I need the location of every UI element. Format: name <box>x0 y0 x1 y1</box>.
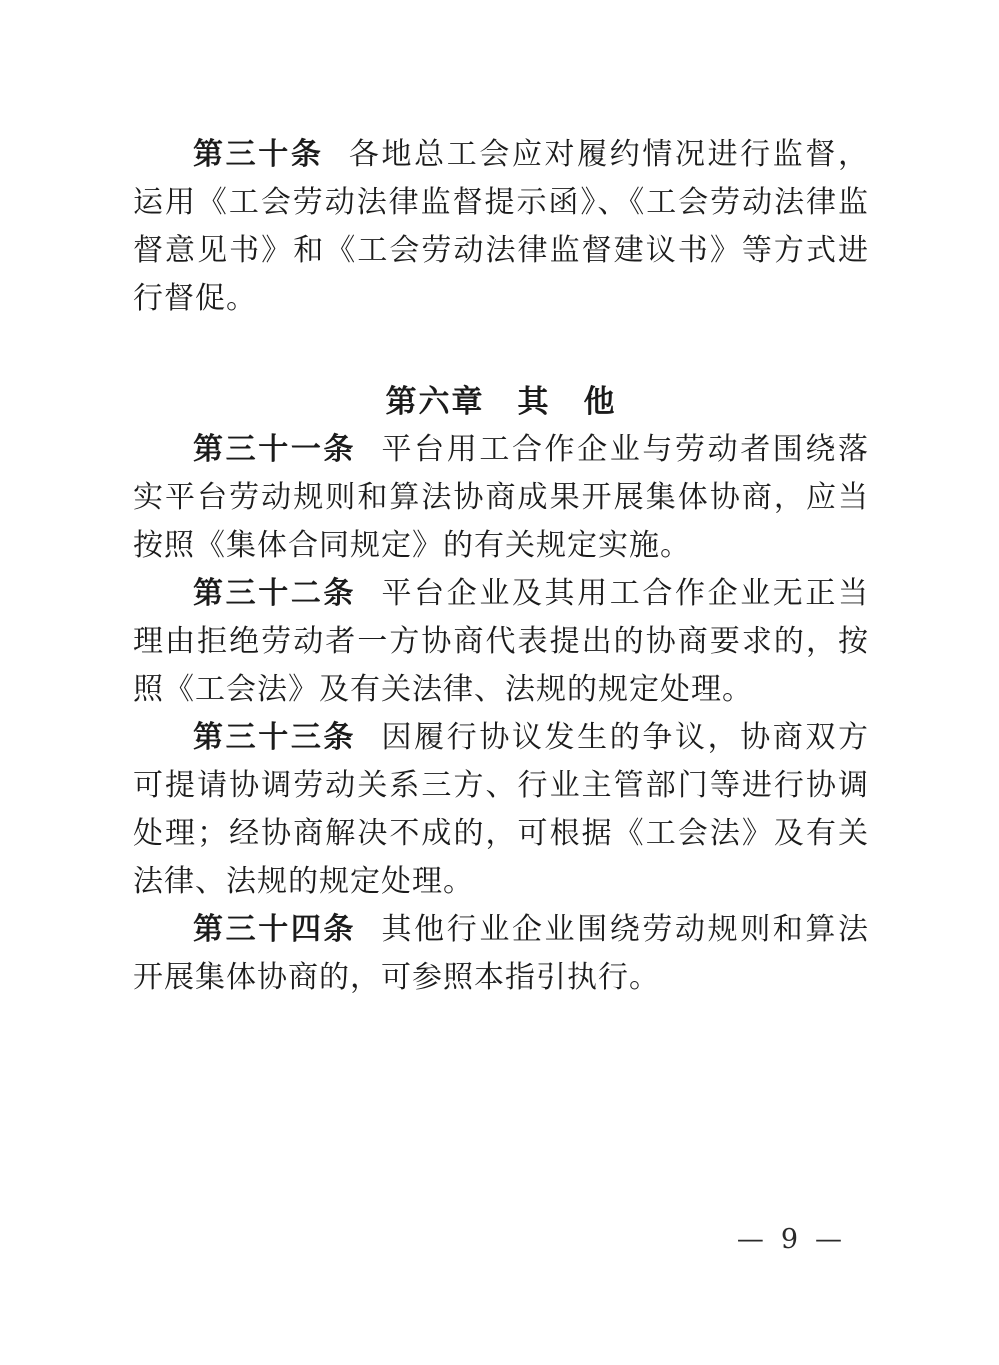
chapter-6-heading: 第六章 其 他 <box>133 378 869 426</box>
article-34-label: 第三十四条 <box>193 912 356 947</box>
article-32-paragraph: 第三十二条平台企业及其用工合作企业无正当理由拒绝劳动者一方协商代表提出的协商要求… <box>133 570 869 714</box>
page-number-dash-left: — <box>737 1222 764 1258</box>
page-number-dash-right: — <box>815 1222 842 1258</box>
document-page: 第三十条各地总工会应对履约情况进行监督，运用《工会劳动法律监督提示函》、《工会劳… <box>0 0 999 1365</box>
page-number-value: 9 <box>781 1222 798 1258</box>
article-32-label: 第三十二条 <box>193 576 356 611</box>
article-31-paragraph: 第三十一条平台用工合作企业与劳动者围绕落实平台劳动规则和算法协商成果开展集体协商… <box>133 426 869 570</box>
article-33-paragraph: 第三十三条因履行协议发生的争议，协商双方可提请协调劳动关系三方、行业主管部门等进… <box>133 714 869 906</box>
article-34-paragraph: 第三十四条其他行业企业围绕劳动规则和算法开展集体协商的，可参照本指引执行。 <box>133 906 869 1002</box>
document-content: 第三十条各地总工会应对履约情况进行监督，运用《工会劳动法律监督提示函》、《工会劳… <box>133 131 869 1002</box>
article-33-label: 第三十三条 <box>193 720 356 755</box>
article-30-label: 第三十条 <box>193 137 323 172</box>
article-30-paragraph: 第三十条各地总工会应对履约情况进行监督，运用《工会劳动法律监督提示函》、《工会劳… <box>133 131 869 323</box>
page-number: — 9 — <box>737 1222 842 1258</box>
article-31-label: 第三十一条 <box>193 432 356 467</box>
